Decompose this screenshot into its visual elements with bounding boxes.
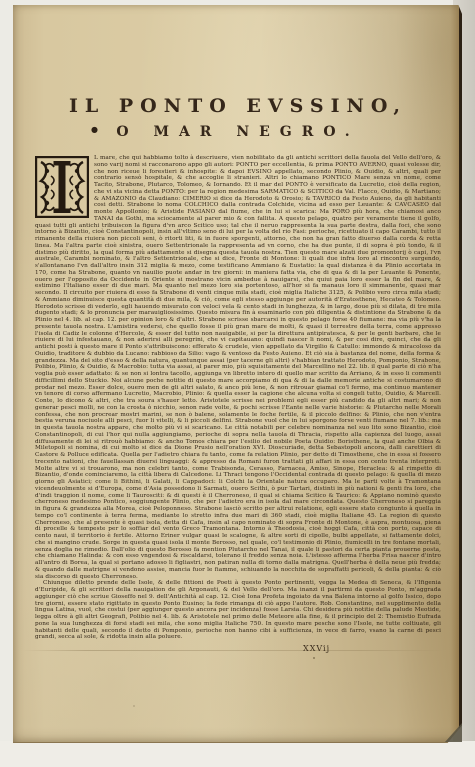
book-page: IL PONTO EVSSINO, ● O MAR NEGRO. (13, 5, 462, 743)
folio-number: XXVij (303, 644, 330, 653)
title-line-1: IL PONTO EVSSINO, (35, 95, 441, 117)
woodcut-initial-I (35, 156, 89, 218)
clipped-corner-shadow (445, 723, 462, 742)
body-text: L mare, che qui habbiamo tolto à descriu… (35, 155, 441, 641)
paragraph-2: Chiunque diletto prende delle Isole, & d… (35, 580, 441, 641)
page-title: IL PONTO EVSSINO, ● O MAR NEGRO. (35, 95, 441, 139)
paper-speck (133, 705, 135, 707)
title-line-2: O MAR NEGRO. (116, 123, 359, 141)
ink-speck (313, 657, 315, 659)
scan-backdrop-bottom (0, 741, 475, 767)
paragraph-1: L mare, che qui habbiamo tolto à descriu… (35, 155, 441, 580)
paper-crease (23, 650, 443, 651)
printer-ornament-icon: ● (91, 125, 98, 134)
